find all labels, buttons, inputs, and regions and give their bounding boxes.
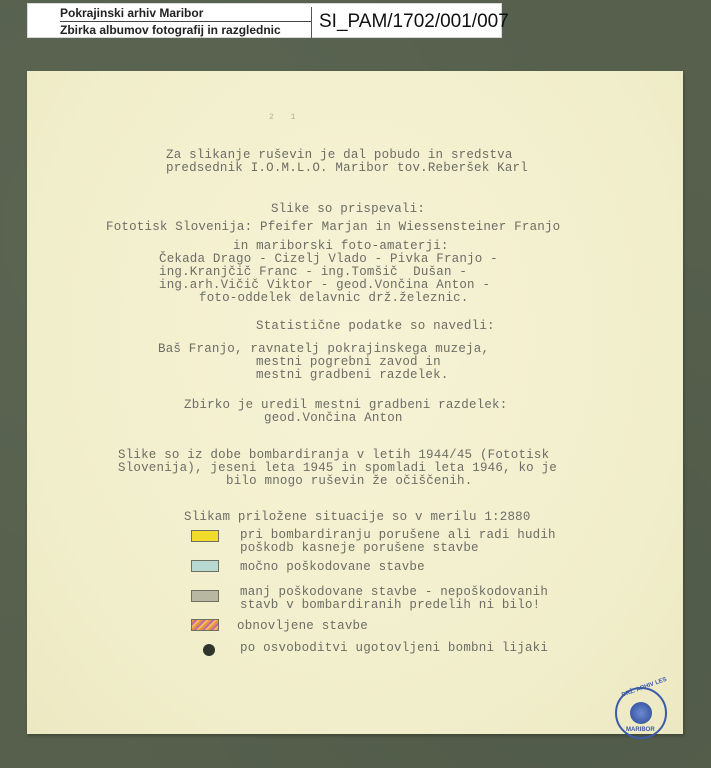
editor-line-2: geod.Vončina Anton (264, 412, 403, 425)
collection-name: Zbirka albumov fotografij in razglednic (60, 23, 281, 38)
archive-stamp: DRŽ. ARHIV LES MARIBOR (615, 687, 667, 739)
light-blue-swatch (191, 560, 219, 572)
hatched-swatch (191, 619, 219, 631)
legend-4-line-1: obnovljene stavbe (237, 620, 368, 633)
stamp-bottom-text: MARIBOR (626, 727, 655, 733)
legend-5-line-1: po osvoboditvi ugotovljeni bombni lijaki (240, 642, 548, 655)
reference-code: SI_PAM/1702/001/007 (319, 9, 509, 35)
sponsor-line-2: predsednik I.O.M.L.O. Maribor tov.Reberš… (166, 162, 528, 175)
legend-3-line-2: stavb v bombardiranih predelih ni bilo! (240, 599, 540, 612)
contributors-line-6: foto-oddelek delavnic drž.železnic. (199, 292, 469, 305)
yellow-swatch (191, 530, 219, 542)
archive-name: Pokrajinski arhiv Maribor (60, 6, 203, 21)
stamp-emblem-icon (630, 702, 652, 724)
stamp-top-text: DRŽ. ARHIV LES (621, 677, 668, 699)
page-mark: 2 1 (269, 113, 301, 122)
legend-2-line-1: močno poškodovane stavbe (240, 561, 425, 574)
archive-header-left: Pokrajinski arhiv Maribor Zbirka albumov… (60, 4, 312, 39)
header-vertical-divider (311, 7, 312, 38)
black-dot-icon (203, 644, 215, 656)
contributors-heading: Slike so prispevali: (271, 203, 425, 216)
grey-swatch (191, 590, 219, 602)
document-page: 2 1 Za slikanje ruševin je dal pobudo in… (27, 71, 683, 734)
statistics-heading: Statistične podatke so navedli: (256, 320, 495, 333)
header-divider (60, 21, 312, 22)
scale-note: Slikam priložene situacije so v merilu 1… (184, 511, 531, 524)
period-line-3: bilo mnogo ruševin že očiščenih. (226, 475, 472, 488)
statistics-line-3: mestni gradbeni razdelek. (256, 369, 449, 382)
legend-1-line-2: poškodb kasneje porušene stavbe (240, 542, 479, 555)
contributors-line-1: Fototisk Slovenija: Pfeifer Marjan in Wi… (106, 221, 560, 234)
archive-header: Pokrajinski arhiv Maribor Zbirka albumov… (27, 3, 502, 38)
